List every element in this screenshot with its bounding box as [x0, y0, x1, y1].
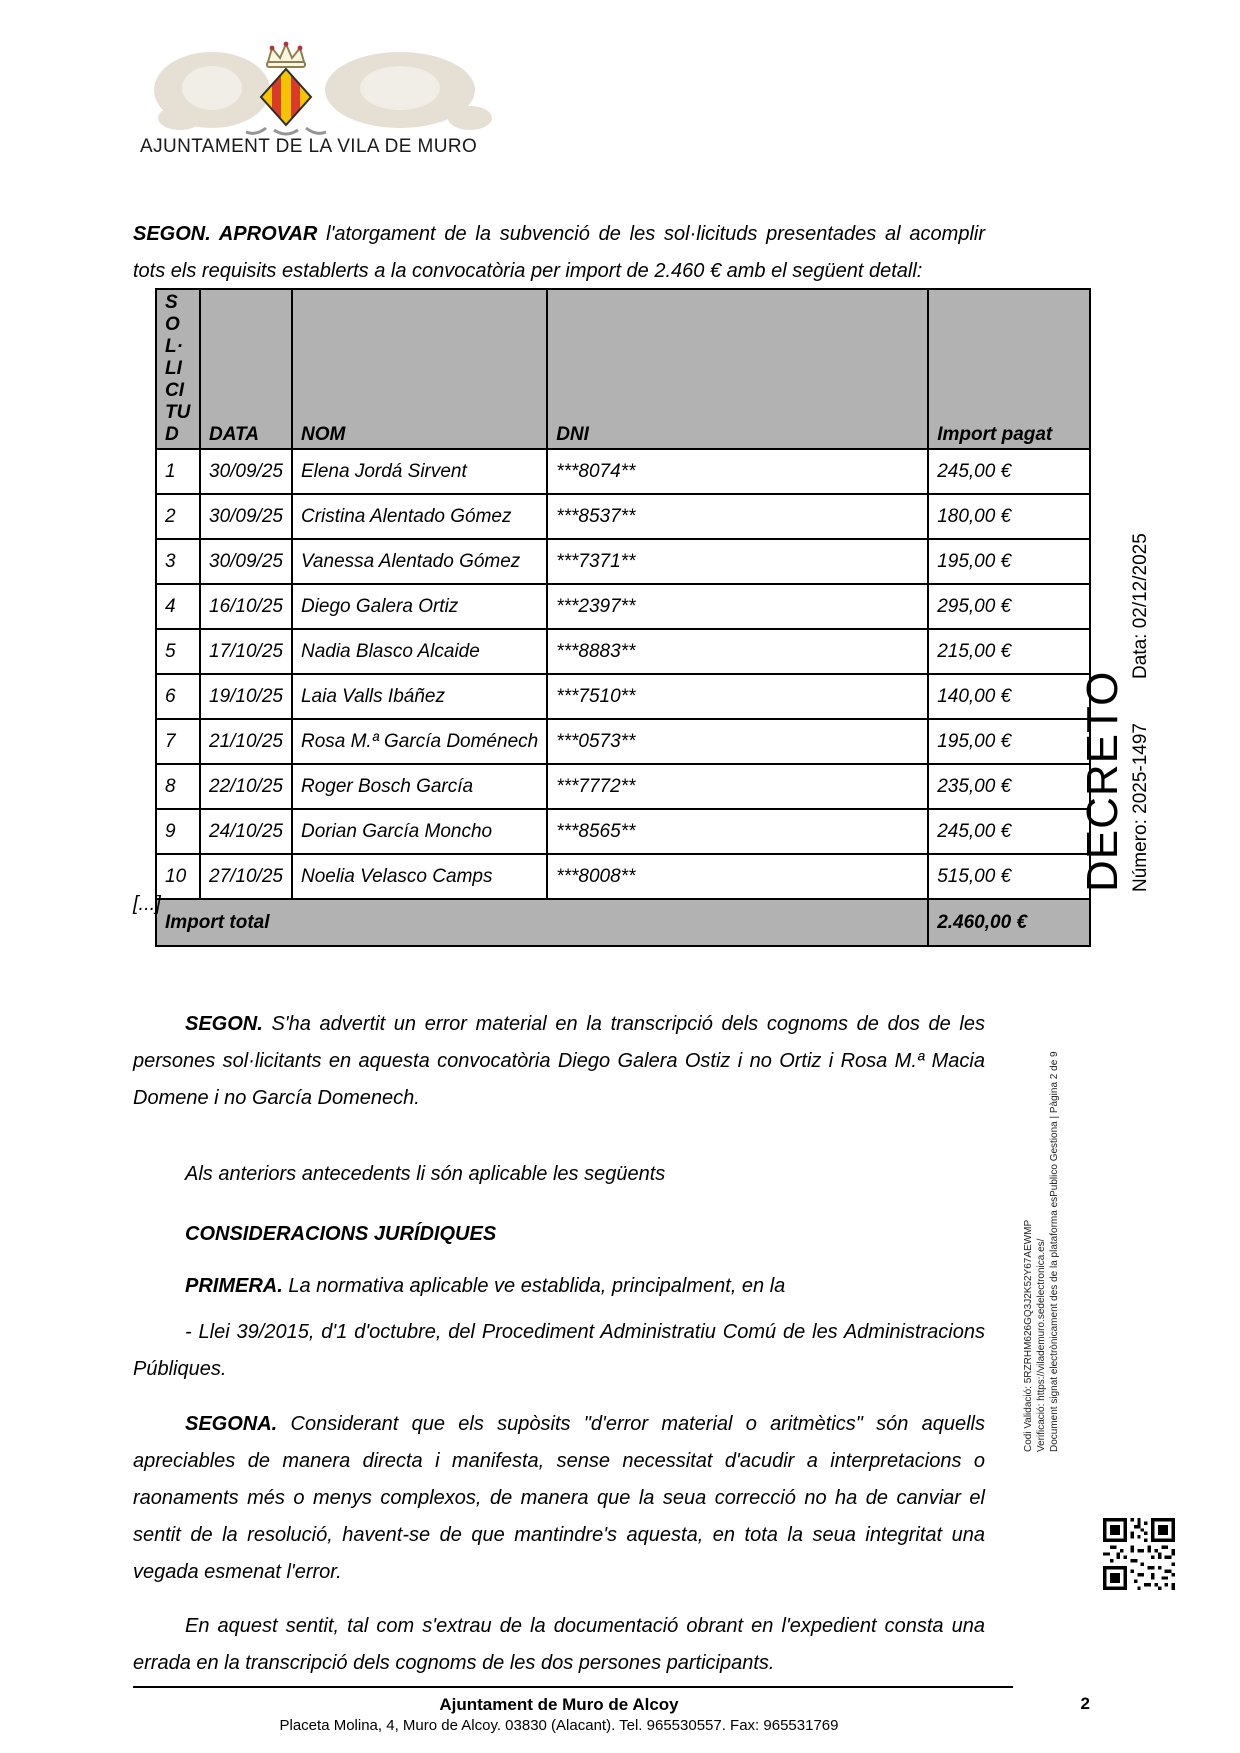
paragraph-text: En aquest sentit, tal com s'extrau de la… [133, 1615, 985, 1674]
table-cell: ***7772** [547, 764, 928, 809]
paragraph-text: La normativa aplicable ve establida, pri… [288, 1275, 785, 1297]
footer-divider [133, 1686, 1013, 1688]
table-cell: 195,00 € [928, 719, 1090, 764]
table-cell: 7 [156, 719, 200, 764]
table-cell: Vanessa Alentado Gómez [292, 539, 547, 584]
paragraph-lead: SEGONA. [185, 1413, 291, 1435]
decreto-meta: Número: 2025-1497 Data: 02/12/2025 [1128, 562, 1154, 892]
table-cell: Elena Jordá Sirvent [292, 449, 547, 494]
total-row: Import total 2.460,00 € [156, 899, 1090, 946]
intro-paragraph: SEGON. APROVAR l'atorgament de la subven… [133, 216, 985, 290]
table-cell: ***8008** [547, 854, 928, 899]
table-cell: ***8565** [547, 809, 928, 854]
paragraph-lead: PRIMERA. [185, 1275, 288, 1297]
total-value: 2.460,00 € [928, 899, 1090, 946]
table-cell: 140,00 € [928, 674, 1090, 719]
coat-of-arms-logo [150, 40, 530, 140]
table-cell: ***7510** [547, 674, 928, 719]
table-row: 230/09/25Cristina Alentado Gómez***8537*… [156, 494, 1090, 539]
table-cell: 245,00 € [928, 449, 1090, 494]
validation-url: Verificació: https://vilademuro.sedelect… [1035, 982, 1048, 1452]
table-cell: 10 [156, 854, 200, 899]
table-cell: 8 [156, 764, 200, 809]
table-cell: 24/10/25 [200, 809, 292, 854]
table-cell: ***7371** [547, 539, 928, 584]
validation-sidebar: Codi Validació: 5RZRHM626GQ3J2K52Y67AEWM… [1022, 982, 1064, 1452]
table-row: 517/10/25Nadia Blasco Alcaide***8883**21… [156, 629, 1090, 674]
document-page: AJUNTAMENT DE LA VILA DE MURO SEGON. APR… [0, 0, 1240, 1753]
paragraph-lead: CONSIDERACIONS JURÍDIQUES [185, 1223, 496, 1245]
page-number: 2 [1060, 1694, 1090, 1714]
table-cell: 6 [156, 674, 200, 719]
table-cell: 1 [156, 449, 200, 494]
paragraph-lead: SEGON. [185, 1013, 271, 1035]
table-cell: Noelia Velasco Camps [292, 854, 547, 899]
table-cell: 4 [156, 584, 200, 629]
paragraph-primera: PRIMERA. La normativa aplicable ve estab… [133, 1268, 985, 1305]
table-cell: 235,00 € [928, 764, 1090, 809]
org-name: AJUNTAMENT DE LA VILA DE MURO [140, 136, 477, 158]
grants-table-header: SOL·LICITUD DATA NOM DNI Import pagat [156, 289, 1090, 449]
table-cell: 180,00 € [928, 494, 1090, 539]
table-cell: 17/10/25 [200, 629, 292, 674]
table-cell: Nadia Blasco Alcaide [292, 629, 547, 674]
table-cell: 3 [156, 539, 200, 584]
qr-code [1103, 1518, 1175, 1590]
table-cell: 2 [156, 494, 200, 539]
decreto-numero: Número: 2025-1497 [1128, 723, 1154, 892]
table-cell: 30/09/25 [200, 539, 292, 584]
table-cell: 245,00 € [928, 809, 1090, 854]
table-cell: 22/10/25 [200, 764, 292, 809]
table-cell: 215,00 € [928, 629, 1090, 674]
paragraph-consideracions: CONSIDERACIONS JURÍDIQUES [133, 1216, 985, 1253]
total-label: Import total [156, 899, 928, 946]
table-cell: 19/10/25 [200, 674, 292, 719]
table-body: 130/09/25Elena Jordá Sirvent***8074**245… [156, 449, 1090, 899]
col-header-dni: DNI [547, 289, 928, 449]
footer-address: Placeta Molina, 4, Muro de Alcoy. 03830 … [133, 1716, 985, 1736]
table-row: 416/10/25Diego Galera Ortiz***2397**295,… [156, 584, 1090, 629]
validation-codi: Codi Validació: 5RZRHM626GQ3J2K52Y67AEWM… [1022, 982, 1035, 1452]
table-row: 1027/10/25Noelia Velasco Camps***8008**5… [156, 854, 1090, 899]
decreto-title: DECRETO [1078, 562, 1128, 892]
paragraph-antecedents: Als anteriors antecedents li són aplicab… [133, 1156, 985, 1193]
table-cell: 9 [156, 809, 200, 854]
decreto-sidebar: DECRETO Número: 2025-1497 Data: 02/12/20… [1078, 562, 1162, 892]
table-cell: ***8883** [547, 629, 928, 674]
table-row: 924/10/25Dorian García Moncho***8565**24… [156, 809, 1090, 854]
col-header-data: DATA [200, 289, 292, 449]
decreto-data: Data: 02/12/2025 [1128, 533, 1154, 679]
paragraph-text: Als anteriors antecedents li són aplicab… [185, 1163, 665, 1185]
col-header-nom: NOM [292, 289, 547, 449]
table-cell: 295,00 € [928, 584, 1090, 629]
col-header-import: Import pagat [928, 289, 1090, 449]
col-header-sollicitud: SOL·LICITUD [156, 289, 200, 449]
intro-lead: SEGON. APROVAR [133, 223, 326, 245]
table-row: 721/10/25Rosa M.ª García Doménech***0573… [156, 719, 1090, 764]
ellipsis-marker: [...] [133, 893, 161, 916]
table-cell: ***2397** [547, 584, 928, 629]
coat-of-arms-icon [150, 40, 530, 140]
table-row: 822/10/25Roger Bosch García***7772**235,… [156, 764, 1090, 809]
paragraph-llei: - Llei 39/2015, d'1 d'octubre, del Proce… [133, 1314, 985, 1388]
paragraph-text: Considerant que els supòsits "d'error ma… [133, 1413, 985, 1583]
table-row: 330/09/25Vanessa Alentado Gómez***7371**… [156, 539, 1090, 584]
footer: Ajuntament de Muro de Alcoy Placeta Moli… [133, 1694, 985, 1736]
table-cell: 195,00 € [928, 539, 1090, 584]
table-cell: Cristina Alentado Gómez [292, 494, 547, 539]
table-cell: 30/09/25 [200, 449, 292, 494]
grants-table: SOL·LICITUD DATA NOM DNI Import pagat 13… [155, 288, 1091, 947]
table-cell: Diego Galera Ortiz [292, 584, 547, 629]
table-row: 130/09/25Elena Jordá Sirvent***8074**245… [156, 449, 1090, 494]
table-cell: 30/09/25 [200, 494, 292, 539]
table-cell: ***8074** [547, 449, 928, 494]
table-cell: Roger Bosch García [292, 764, 547, 809]
table-cell: Laia Valls Ibáñez [292, 674, 547, 719]
validation-signature-note: Document signat electrònicament des de l… [1048, 982, 1061, 1452]
paragraph-segona: SEGONA. Considerant que els supòsits "d'… [133, 1406, 985, 1591]
table-row: 619/10/25Laia Valls Ibáñez***7510**140,0… [156, 674, 1090, 719]
table-cell: ***0573** [547, 719, 928, 764]
table-cell: 5 [156, 629, 200, 674]
table-cell: 21/10/25 [200, 719, 292, 764]
table-cell: 515,00 € [928, 854, 1090, 899]
footer-org-name: Ajuntament de Muro de Alcoy [133, 1694, 985, 1716]
paragraph-segon: SEGON. S'ha advertit un error material e… [133, 1006, 985, 1117]
table-cell: ***8537** [547, 494, 928, 539]
table-cell: Dorian García Moncho [292, 809, 547, 854]
paragraph-en-aquest-sentit: En aquest sentit, tal com s'extrau de la… [133, 1608, 985, 1682]
table-cell: 16/10/25 [200, 584, 292, 629]
table-cell: 27/10/25 [200, 854, 292, 899]
table-cell: Rosa M.ª García Doménech [292, 719, 547, 764]
paragraph-text: - Llei 39/2015, d'1 d'octubre, del Proce… [133, 1321, 985, 1380]
